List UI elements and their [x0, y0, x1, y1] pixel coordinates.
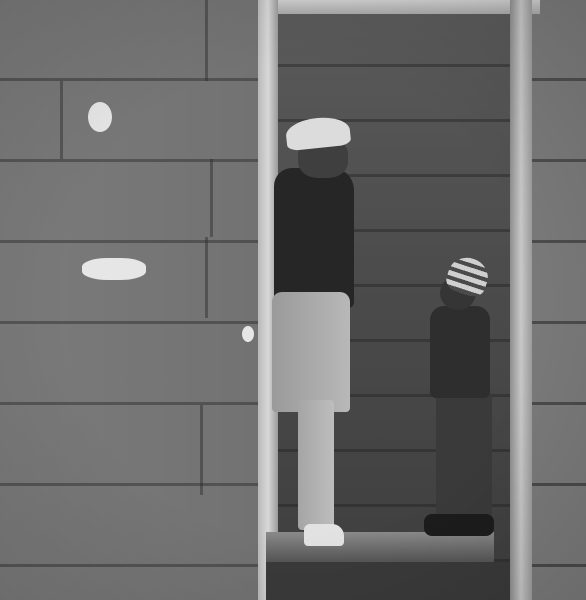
vignette	[0, 0, 586, 600]
photograph	[0, 0, 586, 600]
